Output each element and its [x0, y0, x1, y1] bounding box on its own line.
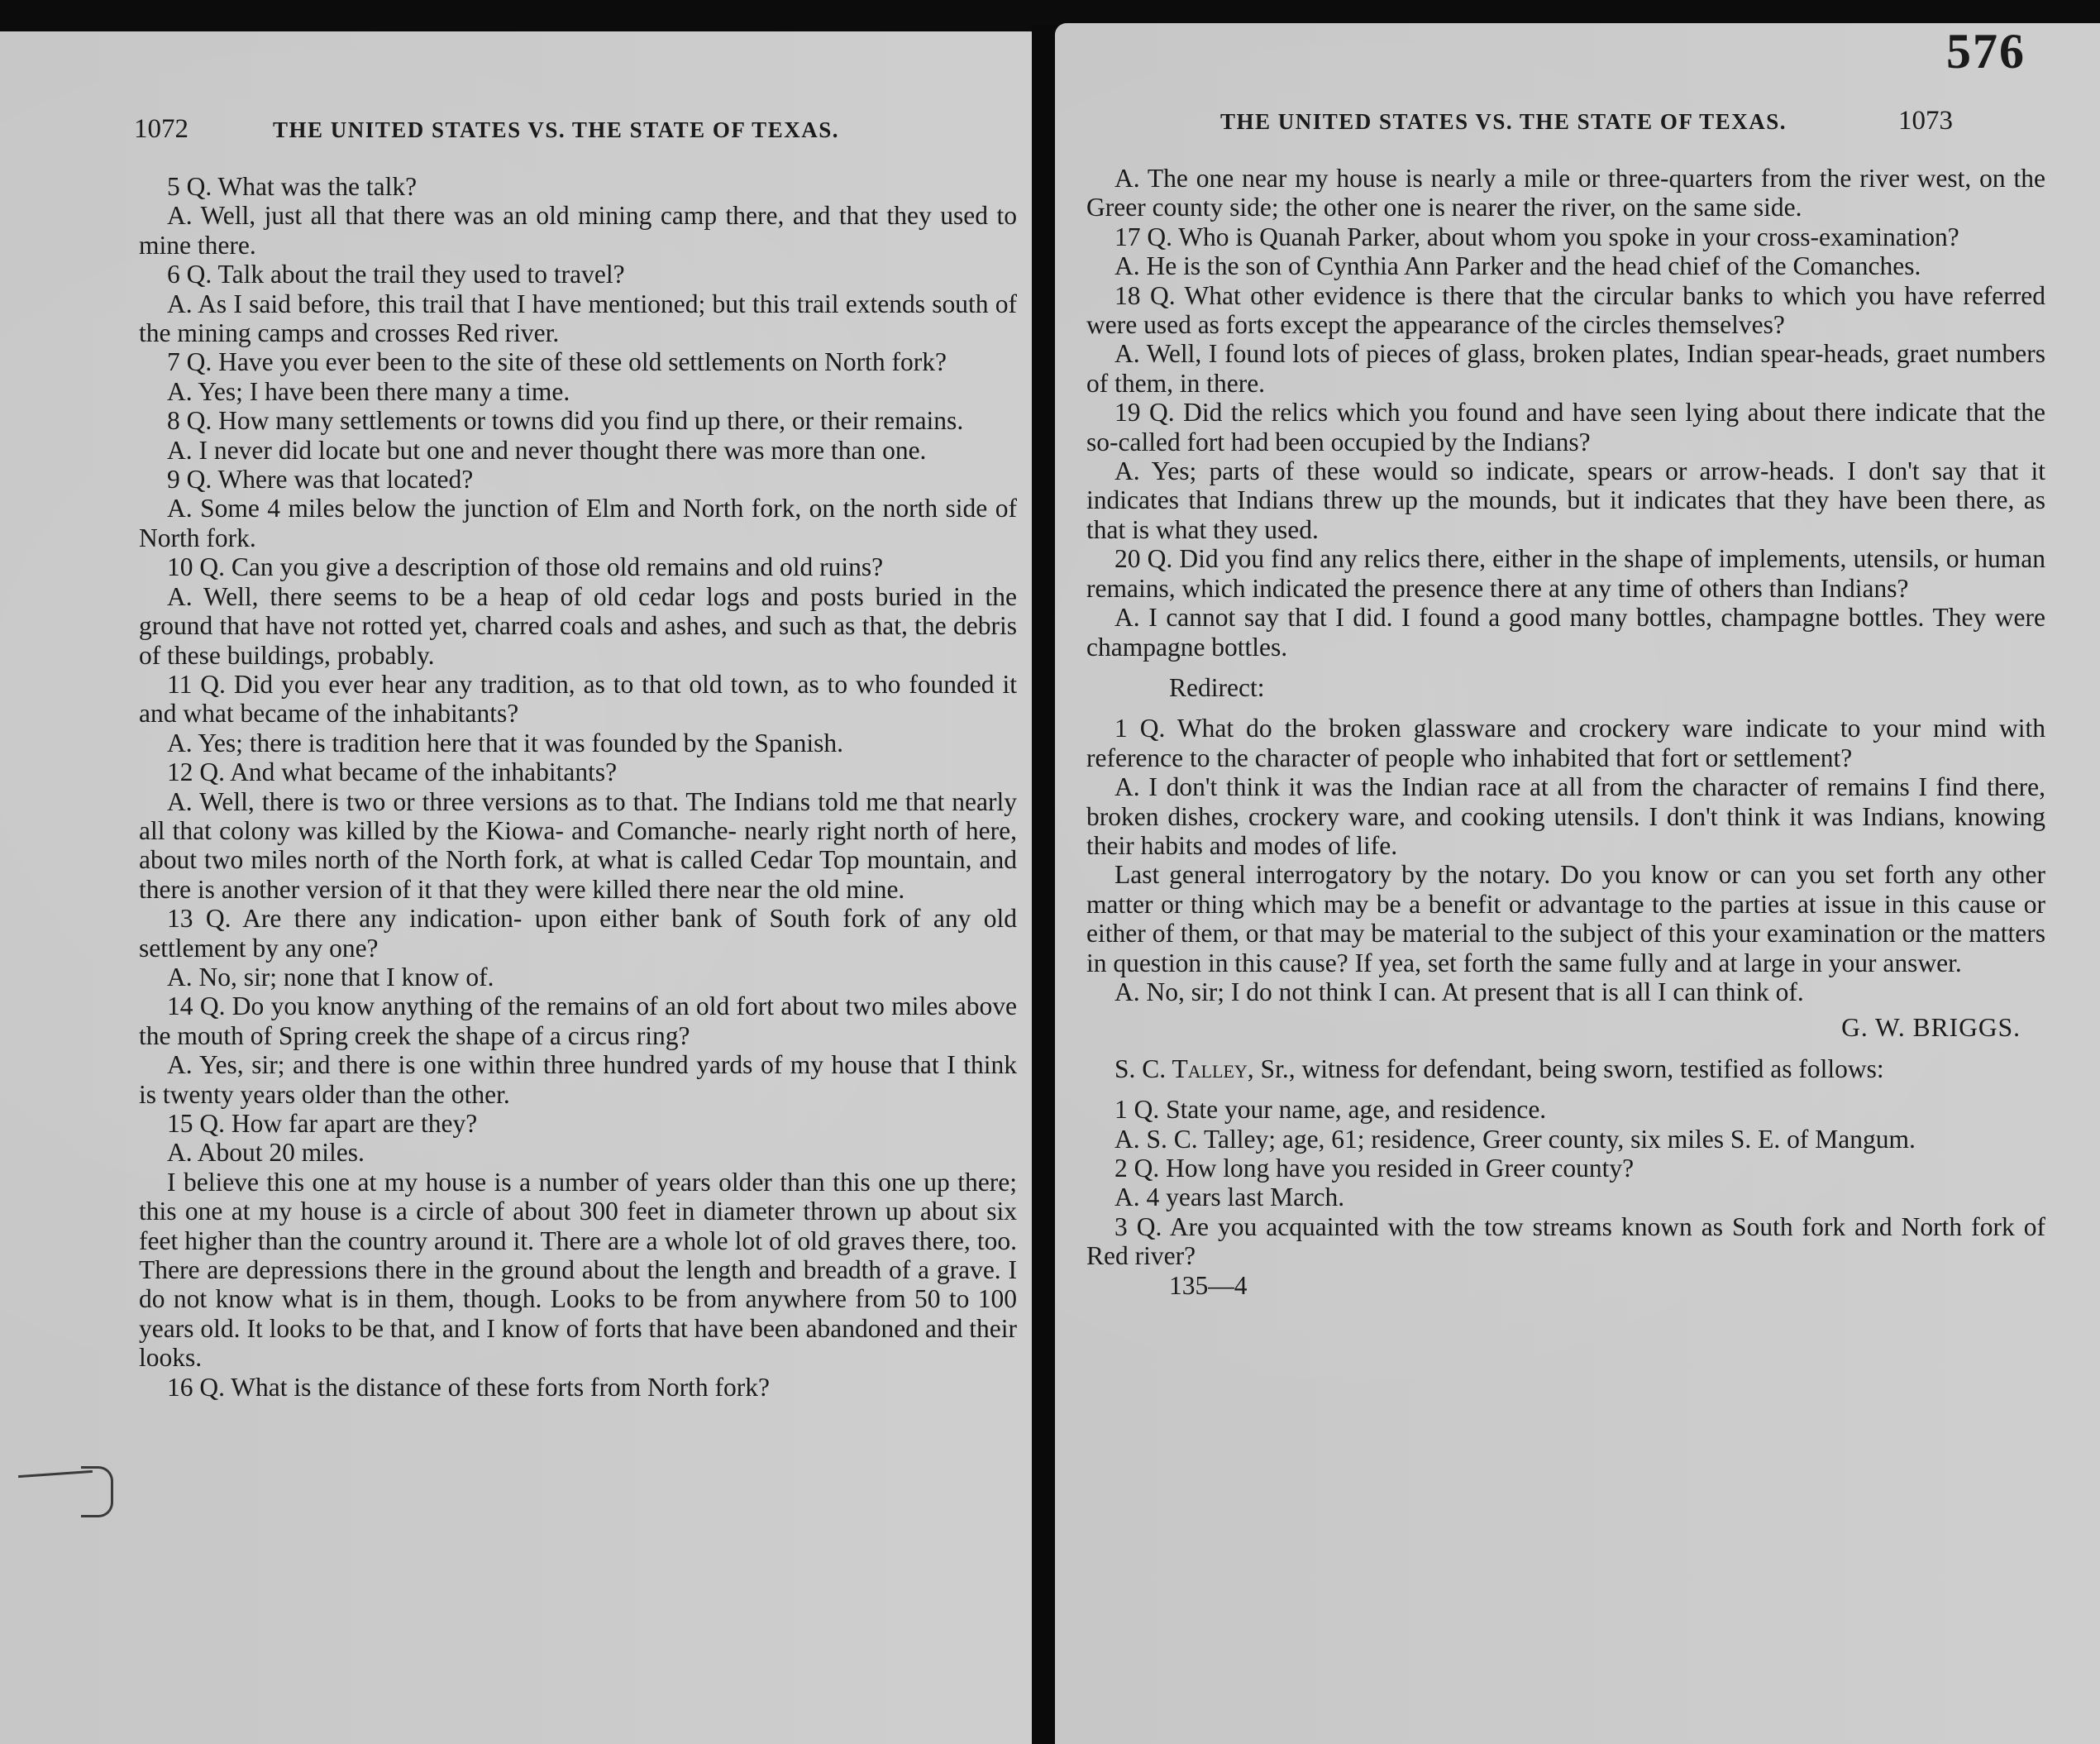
witness-intro-text: , Sr., witness for defendant, being swor…	[1248, 1054, 1884, 1083]
paragraph: 8 Q. How many settlements or towns did y…	[139, 406, 1017, 435]
paragraph: A. Well, just all that there was an old …	[139, 201, 1017, 260]
paragraph: 20 Q. Did you find any relics there, eit…	[1086, 544, 2045, 603]
paragraph: I believe this one at my house is a numb…	[139, 1168, 1017, 1373]
paragraph: 5 Q. What was the talk?	[139, 172, 1017, 201]
paragraph: 3 Q. Are you acquainted with the tow str…	[1086, 1212, 2045, 1271]
pencil-bracket-mark	[81, 1466, 113, 1517]
right-page-number: 1073	[1898, 106, 1953, 136]
paragraph: 12 Q. And what became of the inhabitants…	[139, 757, 1017, 786]
paragraph: Last general interrogatory by the notary…	[1086, 860, 2045, 977]
right-page: 576 THE UNITED STATES VS. THE STATE OF T…	[1055, 23, 2100, 1744]
paragraph: A. The one near my house is nearly a mil…	[1086, 164, 2045, 222]
paragraph: A. As I said before, this trail that I h…	[139, 289, 1017, 348]
right-running-head: THE UNITED STATES VS. THE STATE OF TEXAS…	[1220, 109, 1787, 135]
paragraph: A. About 20 miles.	[139, 1138, 1017, 1167]
paragraph: A. No, sir; I do not think I can. At pre…	[1086, 977, 2045, 1006]
stamp-number: 576	[1946, 23, 2026, 80]
paragraph: A. S. C. Talley; age, 61; residence, Gre…	[1086, 1125, 2045, 1154]
paragraph: A. Well, there is two or three versions …	[139, 787, 1017, 905]
left-running-head: THE UNITED STATES VS. THE STATE OF TEXAS…	[273, 117, 839, 143]
paragraph: A. Well, there seems to be a heap of old…	[139, 582, 1017, 670]
right-page-body: A. The one near my house is nearly a mil…	[1086, 164, 2045, 1300]
paragraph: 13 Q. Are there any indication- upon eit…	[139, 904, 1017, 963]
signature-mark: 135—4	[1086, 1271, 2045, 1300]
signature-briggs: G. W. BRIGGS.	[1086, 1013, 2045, 1042]
paragraph: 11 Q. Did you ever hear any tradition, a…	[139, 670, 1017, 729]
paragraph: A. Well, I found lots of pieces of glass…	[1086, 339, 2045, 398]
paragraph: 7 Q. Have you ever been to the site of t…	[139, 347, 1017, 376]
paragraph: A. Yes, sir; and there is one within thr…	[139, 1050, 1017, 1109]
paragraph: A. No, sir; none that I know of.	[139, 963, 1017, 991]
paragraph: 19 Q. Did the relics which you found and…	[1086, 398, 2045, 456]
paragraph: 16 Q. What is the distance of these fort…	[139, 1373, 1017, 1402]
paragraph: A. I cannot say that I did. I found a go…	[1086, 603, 2045, 662]
paragraph: A. 4 years last March.	[1086, 1183, 2045, 1211]
paragraph: A. I don't think it was the Indian race …	[1086, 772, 2045, 860]
paragraph: A. Yes; there is tradition here that it …	[139, 729, 1017, 757]
paragraph: 17 Q. Who is Quanah Parker, about whom y…	[1086, 222, 2045, 251]
paragraph: A. He is the son of Cynthia Ann Parker a…	[1086, 251, 2045, 280]
paragraph: 2 Q. How long have you resided in Greer …	[1086, 1154, 2045, 1183]
left-page-body: 5 Q. What was the talk? A. Well, just al…	[139, 172, 1017, 1402]
paragraph: 14 Q. Do you know anything of the remain…	[139, 991, 1017, 1050]
paragraph: A. Some 4 miles below the junction of El…	[139, 494, 1017, 552]
paragraph: A. Yes; I have been there many a time.	[139, 377, 1017, 406]
left-page: 1072 THE UNITED STATES VS. THE STATE OF …	[0, 31, 1042, 1744]
paragraph: 6 Q. Talk about the trail they used to t…	[139, 260, 1017, 289]
paragraph: 1 Q. What do the broken glassware and cr…	[1086, 714, 2045, 772]
paragraph: 1 Q. State your name, age, and residence…	[1086, 1095, 2045, 1124]
paragraph: A. I never did locate but one and never …	[139, 436, 1017, 465]
paragraph: A. Yes; parts of these would so indicate…	[1086, 456, 2045, 544]
paragraph: 10 Q. Can you give a description of thos…	[139, 552, 1017, 581]
witness-name: S. C. Talley	[1114, 1054, 1248, 1083]
paragraph: 18 Q. What other evidence is there that …	[1086, 281, 2045, 340]
witness-intro: S. C. Talley, Sr., witness for defendant…	[1086, 1054, 2045, 1083]
left-page-number: 1072	[134, 114, 189, 145]
paragraph: 9 Q. Where was that located?	[139, 465, 1017, 494]
redirect-heading: Redirect:	[1086, 673, 2045, 702]
paragraph: 15 Q. How far apart are they?	[139, 1109, 1017, 1138]
